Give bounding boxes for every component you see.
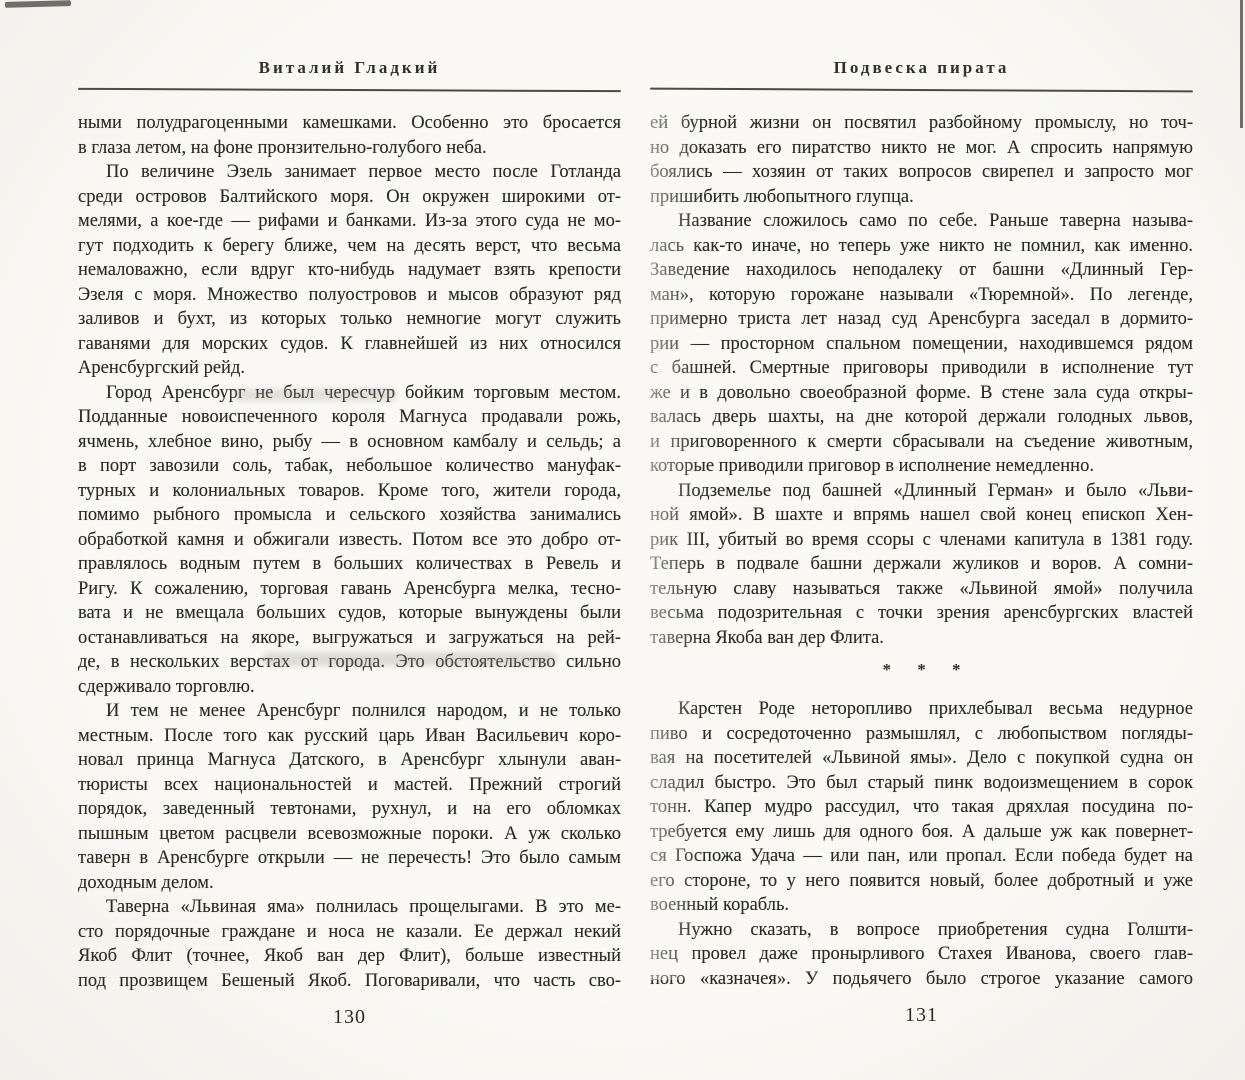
text-line: Нужно сказать, в вопросе приобретения су… xyxy=(650,918,1193,943)
text-line: тюристы всех национальностей и мастей. П… xyxy=(78,773,621,798)
text-line: Аренсбургский рейд. xyxy=(78,356,621,381)
text-line: сладил быстро. Это был старый пинк водои… xyxy=(650,771,1193,796)
text-line: немаловажно, если вдруг кто-нибудь надум… xyxy=(78,258,621,283)
page-right: Подвеска пирата ей бурной жизни он посвя… xyxy=(650,58,1193,1027)
text-line: но доказать его пиратство никто не мог. … xyxy=(650,136,1193,161)
paragraph: Таверна «Львиная яма» полнилась прощелыг… xyxy=(78,895,621,993)
text-line: рии — просторном спальном помещении, нах… xyxy=(650,332,1193,357)
page-number: 131 xyxy=(650,1004,1193,1027)
text-line: пришибить любопытного глупца. xyxy=(650,185,1193,210)
text-line: рик III, убитый во время ссоры с членами… xyxy=(650,528,1193,553)
text-line: военный корабль. xyxy=(650,893,1193,918)
text-line: нец провел даже пронырливого Стахея Иван… xyxy=(650,942,1193,967)
text-line: ся Госпожа Удача — или пан, или пропал. … xyxy=(650,844,1193,869)
text-line: в порт завозили соль, табак, небольшое к… xyxy=(78,454,621,479)
text-line: Таверна «Львиная яма» полнилась прощелыг… xyxy=(78,895,621,920)
text-line: новал принца Магнуса Датского, в Аренсбу… xyxy=(78,748,621,773)
text-line: гут подходить к берегу ближе, чем на дес… xyxy=(78,234,621,259)
text-line: Эзеля с моря. Множество полуостровов и м… xyxy=(78,283,621,308)
page-number: 130 xyxy=(78,1006,621,1029)
text-line: доходным делом. xyxy=(78,871,621,896)
text-line: ей бурной жизни он посвятил разбойному п… xyxy=(650,111,1193,136)
text-line: Подземелье под башней «Длинный Герман» и… xyxy=(650,479,1193,504)
paragraph: Нужно сказать, в вопросе приобретения су… xyxy=(650,918,1193,992)
text-line: сдерживало торговлю. xyxy=(78,675,621,700)
text-line: которые приводили приговор в исполнение … xyxy=(650,454,1193,479)
text-line: Ригу. К сожалению, торговая гавань Аренс… xyxy=(78,577,621,602)
text-line: Якоб Флит (точнее, Якоб ван дер Флит), б… xyxy=(78,944,621,969)
scan-edge-artifact xyxy=(1240,0,1243,128)
header-rule xyxy=(650,88,1193,93)
text-line: правлялось водным путем в больших количе… xyxy=(78,552,621,577)
text-line: под прозвищем Бешеный Якоб. Поговаривали… xyxy=(78,969,621,994)
text-line: пышным цветом расцвели всевозможные поро… xyxy=(78,822,621,847)
text-line: Подданные новоиспеченного короля Магнуса… xyxy=(78,405,621,430)
paragraph: Карстен Роде неторопливо прихлебывал вес… xyxy=(650,697,1193,918)
text-line: заливов и бухт, из которых только немног… xyxy=(78,307,621,332)
running-header-author: Виталий Гладкий xyxy=(78,58,621,78)
text-line: Город Аренсбург не был чересчур бойким т… xyxy=(78,381,621,406)
text-line: и приговоренного к смерти сбрасывали на … xyxy=(650,430,1193,455)
text-line: местным. После того как русский царь Ива… xyxy=(78,724,621,749)
paragraph: Название сложилось само по себе. Раньше … xyxy=(650,209,1193,479)
text-line: вая на посетителей «Львиной ямы». Дело с… xyxy=(650,746,1193,771)
text-line: ячмень, хлебное вино, рыбу — в основном … xyxy=(78,430,621,455)
text-line: гаванями для морских судов. К главнейшей… xyxy=(78,332,621,357)
text-line: таверн в Аренсбурге открыли — не перечес… xyxy=(78,846,621,871)
text-line: останавливаться на якоре, выгружаться и … xyxy=(78,626,621,651)
text-line: примерно триста лет назад суд Аренсбурга… xyxy=(650,307,1193,332)
text-line: пиво и сосредоточенно размышлял, с любоп… xyxy=(650,722,1193,747)
body-text: ей бурной жизни он посвятил разбойному п… xyxy=(650,111,1193,991)
text-line: боялись — хозяин от таких вопросов свире… xyxy=(650,160,1193,185)
paragraph: Город Аренсбург не был чересчур бойким т… xyxy=(78,381,621,700)
body-text: ными полудрагоценными камешками. Особенн… xyxy=(78,111,621,993)
text-line: же и в довольно своеобразной форме. В ст… xyxy=(650,381,1193,406)
book-spread: Виталий Гладкий ными полудрагоценными ка… xyxy=(0,0,1245,1080)
text-line: ман», которую горожане называли «Тюремно… xyxy=(650,283,1193,308)
page-left: Виталий Гладкий ными полудрагоценными ка… xyxy=(78,58,621,1029)
text-line: турных и колониальных товаров. Кроме тог… xyxy=(78,479,621,504)
paragraph: Подземелье под башней «Длинный Герман» и… xyxy=(650,479,1193,651)
text-line: с башней. Смертные приговоры приводили в… xyxy=(650,356,1193,381)
text-line: таверна Якоба ван дер Флита. xyxy=(650,626,1193,651)
paragraph: ей бурной жизни он посвятил разбойному п… xyxy=(650,111,1193,209)
text-line: сто порядочные граждане и носа не казали… xyxy=(78,920,621,945)
text-line: обработкой камня и обжигали известь. Пот… xyxy=(78,528,621,553)
text-line: И тем не менее Аренсбург полнился народо… xyxy=(78,699,621,724)
text-line: По величине Эзель занимает первое место … xyxy=(78,160,621,185)
text-line: помимо рыбного промысла и сельского хозя… xyxy=(78,503,621,528)
scan-smudge-artifact xyxy=(5,0,71,8)
text-line: ного «казначея». У подьячего было строго… xyxy=(650,967,1193,992)
text-line: Заведение находилось неподалеку от башни… xyxy=(650,258,1193,283)
text-line: ными полудрагоценными камешками. Особенн… xyxy=(78,111,621,136)
text-line: весьма подозрительная с точки зрения аре… xyxy=(650,601,1193,626)
text-line: в глаза летом, на фоне пронзительно-голу… xyxy=(78,136,621,161)
paragraph: И тем не менее Аренсбург полнился народо… xyxy=(78,699,621,895)
text-line: Название сложилось само по себе. Раньше … xyxy=(650,209,1193,234)
text-line: тельную славу называться также «Львиной … xyxy=(650,577,1193,602)
text-line: Теперь в подвале башни держали жуликов и… xyxy=(650,552,1193,577)
text-line: вата и не вмещала больших судов, которые… xyxy=(78,601,621,626)
header-rule xyxy=(78,88,621,92)
text-line: Карстен Роде неторопливо прихлебывал вес… xyxy=(650,697,1193,722)
text-line: его стороне, то у него появится новый, б… xyxy=(650,869,1193,894)
section-separator: * * * xyxy=(650,658,1193,682)
text-line: тонн. Капер мудро рассудил, что такая др… xyxy=(650,795,1193,820)
text-line: валась дверь шахты, на дне которой держа… xyxy=(650,405,1193,430)
text-line: среди островов Балтийского моря. Он окру… xyxy=(78,185,621,210)
text-line: мелями, а кое-где — рифами и банками. Из… xyxy=(78,209,621,234)
running-header-title: Подвеска пирата xyxy=(650,58,1193,78)
text-line: порядок, заведенный тевтонами, рухнул, и… xyxy=(78,797,621,822)
text-line: ной ямой». В шахте и впрямь нашел свой к… xyxy=(650,503,1193,528)
paragraph: По величине Эзель занимает первое место … xyxy=(78,160,621,381)
text-line: требуется ему лишь для одного боя. А дал… xyxy=(650,820,1193,845)
paragraph: ными полудрагоценными камешками. Особенн… xyxy=(78,111,621,160)
text-line: де, в нескольких верстах от города. Это … xyxy=(78,650,621,675)
text-line: лась как-то иначе, но теперь уже никто н… xyxy=(650,234,1193,259)
